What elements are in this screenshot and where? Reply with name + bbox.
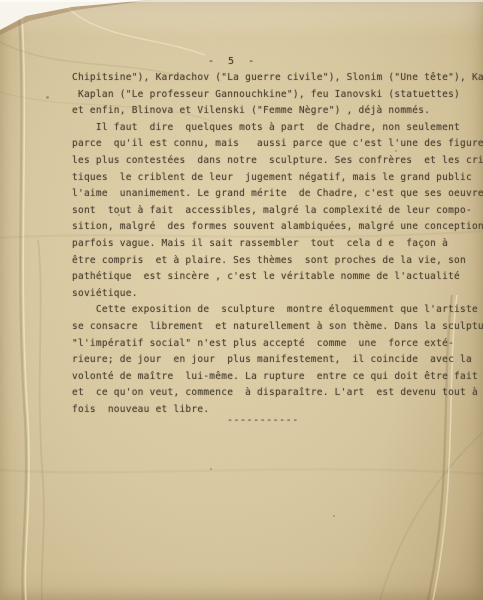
page-number: - 5 -	[208, 56, 258, 67]
text-line: Kaplan ("Le professeur Gannouchkine"), f…	[72, 87, 472, 104]
text-line: pathétique est sincère , c'est le vérita…	[72, 269, 472, 286]
text-block: Chipitsine"), Kardachov ("La guerre civi…	[72, 70, 472, 418]
text-line: parfois vague. Mais il sait rassembler t…	[72, 236, 472, 253]
text-line: l'aime unanimement. Le grand mérite de C…	[72, 186, 472, 203]
text-line: Chipitsine"), Kardachov ("La guerre civi…	[72, 70, 472, 87]
text-line: sont tout à fait accessibles, malgré la …	[72, 203, 472, 220]
scanned-document: - 5 - Chipitsine"), Kardachov ("La guerr…	[0, 0, 483, 600]
text-line: rieure; de jour en jour plus manifesteme…	[72, 352, 472, 369]
text-line: Il faut dire quelques mots à part de Cha…	[72, 120, 472, 137]
text-line: sition, malgré des formes souvent alambi…	[72, 219, 472, 236]
text-line: se consacre librement et naturellement à…	[72, 319, 472, 336]
text-line: "l'impératif social" n'est plus accepté …	[72, 336, 472, 353]
text-line: parce qu'il est connu, mais aussi parce …	[72, 136, 472, 153]
text-line: et ce qu'on veut, commence à disparaître…	[72, 385, 472, 402]
text-line: Cette exposition de sculpture montre élo…	[72, 302, 472, 319]
text-line: volonté de maître lui-même. La rupture e…	[72, 369, 472, 386]
typewritten-text: - 5 - Chipitsine"), Kardachov ("La guerr…	[0, 0, 483, 600]
text-line: et enfin, Blinova et Vilenski ("Femme Nè…	[72, 103, 472, 120]
text-line: soviétique.	[72, 286, 472, 303]
text-line: être compris et à plaire. Ses thèmes son…	[72, 253, 472, 270]
text-line: tiques le criblent de leur jugement néga…	[72, 170, 472, 187]
text-line: les plus contestées dans notre sculpture…	[72, 153, 472, 170]
end-dashed-rule: -----------	[227, 415, 299, 426]
